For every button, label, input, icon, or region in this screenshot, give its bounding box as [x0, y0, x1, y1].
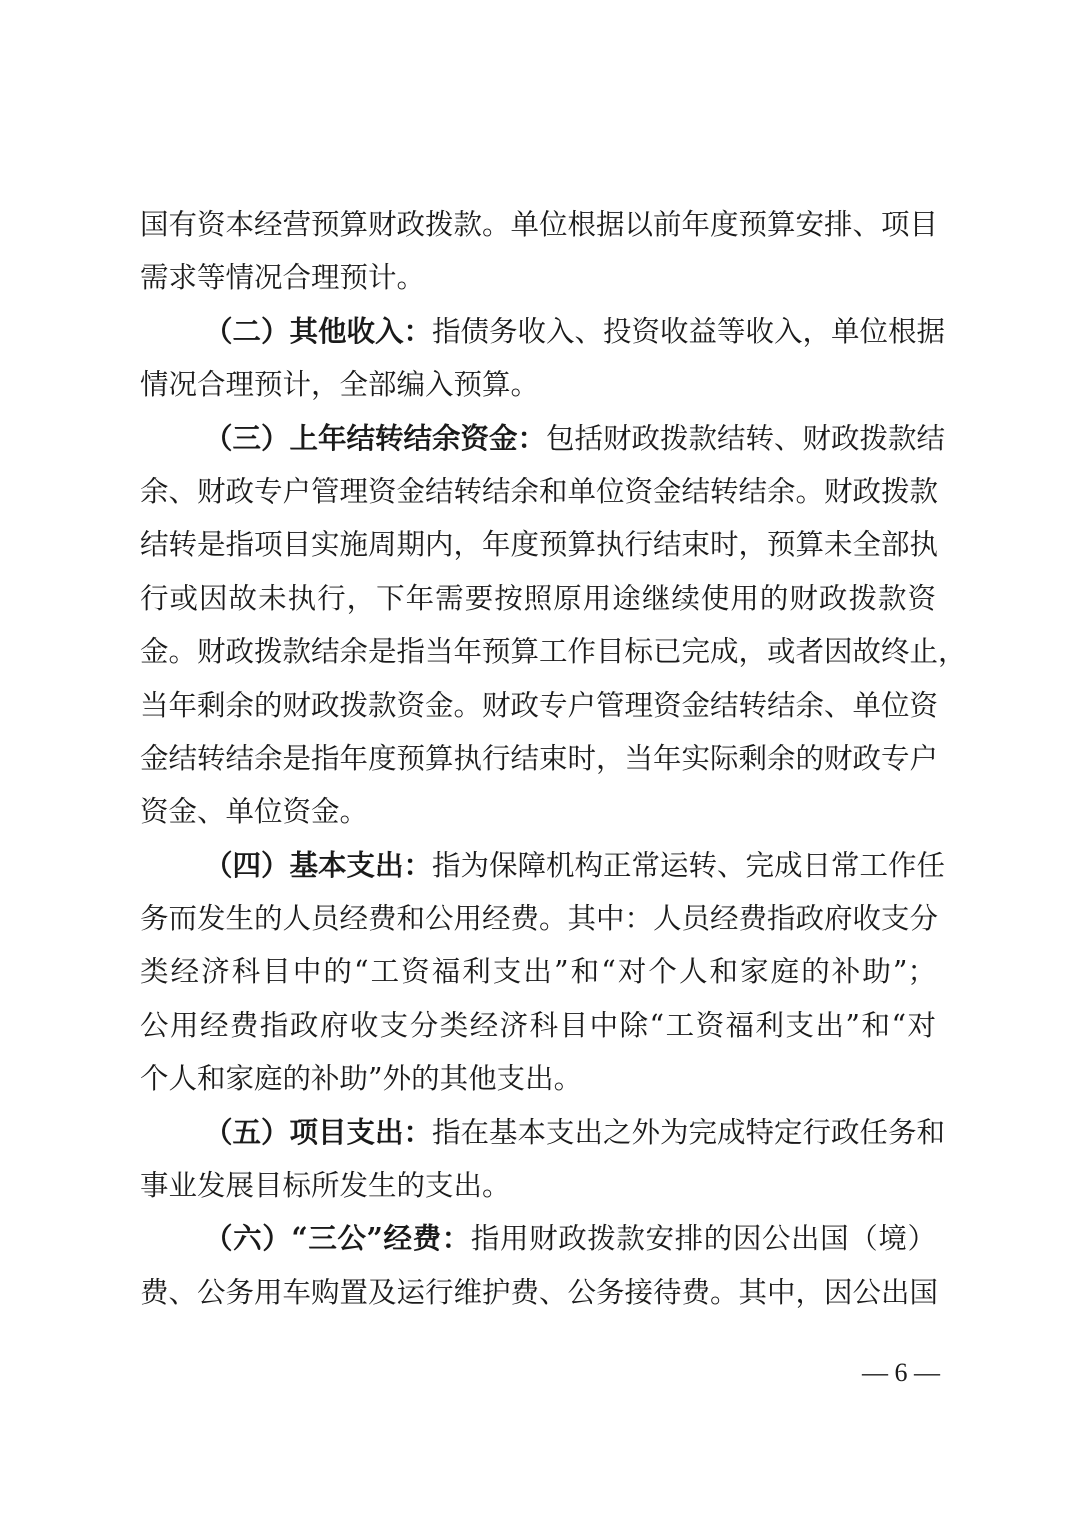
text-line: 个人和家庭的补助”外的其他支出。	[140, 1052, 936, 1105]
section-heading-line: （三）上年结转结余资金：包括财政拨款结转、财政拨款结	[140, 412, 936, 465]
text-line: 情况合理预计，全部编入预算。	[140, 358, 936, 411]
text-line: 事业发展目标所发生的支出。	[140, 1159, 936, 1212]
text-line: 结转是指项目实施周期内，年度预算执行结束时，预算未全部执	[140, 518, 936, 571]
page-number: — 6 —	[862, 1358, 940, 1388]
text-line: 费、公务用车购置及运行维护费、公务接待费。其中，因公出国	[140, 1266, 936, 1319]
section-heading-line: （五）项目支出：指在基本支出之外为完成特定行政任务和	[140, 1106, 936, 1159]
text-line: 国有资本经营预算财政拨款。单位根据以前年度预算安排、项目	[140, 198, 936, 251]
section-heading-line: （二）其他收入：指债务收入、投资收益等收入，单位根据	[140, 305, 936, 358]
text-line: 余、财政专户管理资金结转结余和单位资金结转结余。财政拨款	[140, 465, 936, 518]
document-body: 国有资本经营预算财政拨款。单位根据以前年度预算安排、项目 需求等情况合理预计。 …	[140, 198, 936, 1319]
text-line: 需求等情况合理预计。	[140, 251, 936, 304]
section-heading-line: （六）“三公”经费：指用财政拨款安排的因公出国（境）	[140, 1212, 936, 1265]
section-heading: （三）上年结转结余资金：	[204, 421, 546, 455]
section-heading: （二）其他收入：	[204, 314, 432, 348]
text-line: 当年剩余的财政拨款资金。财政专户管理资金结转结余、单位资	[140, 679, 936, 732]
text-line: 金。财政拨款结余是指当年预算工作目标已完成，或者因故终止，	[140, 625, 936, 678]
text-line: 类经济科目中的“工资福利支出”和“对个人和家庭的补助”；	[140, 945, 936, 998]
text-line: 金结转结余是指年度预算执行结束时，当年实际剩余的财政专户	[140, 732, 936, 785]
text-line: 务而发生的人员经费和公用经费。其中：人员经费指政府收支分	[140, 892, 936, 945]
section-heading: （六）“三公”经费：	[204, 1221, 471, 1255]
text-line: 公用经费指政府收支分类经济科目中除“工资福利支出”和“对	[140, 999, 936, 1052]
text-line: 资金、单位资金。	[140, 785, 936, 838]
text-line: 行或因故未执行，下年需要按照原用途继续使用的财政拨款资	[140, 572, 936, 625]
section-heading-line: （四）基本支出：指为保障机构正常运转、完成日常工作任	[140, 839, 936, 892]
section-heading: （四）基本支出：	[204, 848, 432, 882]
section-heading: （五）项目支出：	[204, 1115, 432, 1149]
